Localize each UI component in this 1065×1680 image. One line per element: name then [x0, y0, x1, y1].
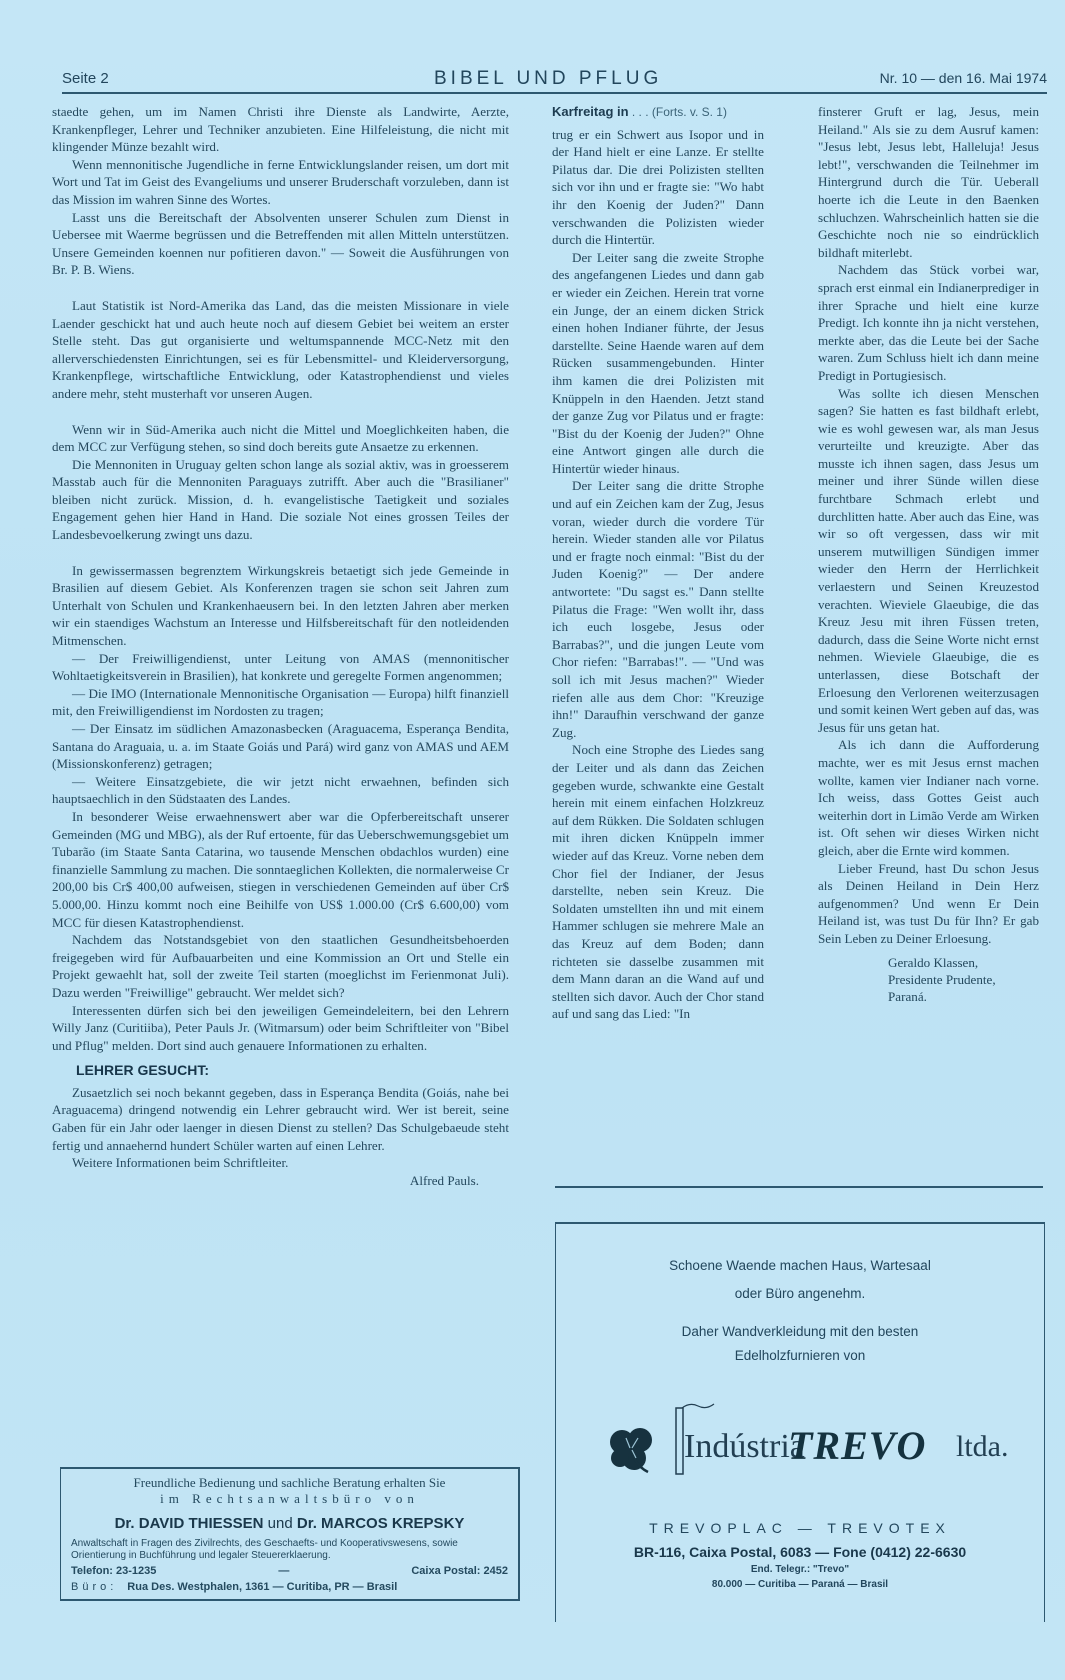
- lawyer-name: Dr. DAVID THIESSEN: [115, 1515, 264, 1532]
- kicker-title: Karfreitag in: [552, 104, 629, 119]
- paragraph: trug er ein Schwert aus Isopor und in de…: [552, 126, 764, 249]
- paragraph: Nachdem das Notstandsgebiet von den staa…: [52, 931, 509, 1001]
- paragraph: Lieber Freund, hast Du schon Jesus als D…: [818, 860, 1039, 948]
- brand-suffix: ltda.: [956, 1430, 1009, 1464]
- author-region: Paraná.: [818, 988, 1039, 1005]
- postbox: Caixa Postal: 2452: [411, 1564, 508, 1578]
- paragraph: — Die IMO (Internationale Mennonitische …: [52, 685, 509, 720]
- continuation-note: . . . (Forts. v. S. 1): [632, 105, 727, 119]
- slogan-line: Daher Wandverkleidung mit den besten: [556, 1320, 1044, 1344]
- paragraph: — Der Einsatz im südlichen Amazonasbecke…: [52, 720, 509, 773]
- paragraph: Wenn wir in Süd-Amerika auch nicht die M…: [52, 421, 509, 456]
- paragraph: — Weitere Einsatzgebiete, die wir jetzt …: [52, 773, 509, 808]
- company-address: BR-116, Caixa Postal, 6083 — Fone (0412)…: [556, 1544, 1044, 1560]
- paragraph: Lasst uns die Bereitschaft der Absolvent…: [52, 209, 509, 279]
- ad-description: Anwaltschaft in Fragen des Zivilrechts, …: [61, 1538, 518, 1562]
- company-city: 80.000 — Curitiba — Paraná — Brasil: [556, 1579, 1044, 1590]
- ad-line: Freundliche Bedienung und sachliche Bera…: [61, 1475, 518, 1491]
- company-logo: Indústria TREVO ltda.: [556, 1392, 1044, 1482]
- paragraph: Nachdem das Stück vorbei war, sprach ers…: [818, 261, 1039, 384]
- paragraph: In besonderer Weise erwaehnenswert aber …: [52, 808, 509, 931]
- paragraph: Interessenten dürfen sich bei den jeweil…: [52, 1002, 509, 1055]
- paragraph: In gewissermassen begrenztem Wirkungskre…: [52, 562, 509, 650]
- separator: —: [278, 1564, 289, 1578]
- lawyer-name: Dr. MARCOS KREPSKY: [297, 1515, 465, 1532]
- paragraph-gap: [52, 403, 509, 421]
- author-signature: Alfred Pauls.: [52, 1172, 509, 1190]
- phone: Telefon: 23-1235: [71, 1564, 156, 1578]
- connector: und: [268, 1515, 293, 1532]
- trevo-advertisement: Schoene Waende machen Haus, Wartesaal od…: [555, 1222, 1045, 1622]
- product-names: TREVOPLAC — TREVOTEX: [556, 1520, 1044, 1536]
- contact-row: Telefon: 23-1235 — Caixa Postal: 2452: [61, 1564, 518, 1578]
- paragraph: — Der Freiwilligendienst, unter Leitung …: [52, 650, 509, 685]
- slogan-line: oder Büro angenehm.: [556, 1280, 1044, 1308]
- paragraph: Die Mennoniten in Uruguay gelten schon l…: [52, 456, 509, 544]
- office-label: Büro:: [71, 1580, 117, 1594]
- column-1: staedte gehen, um im Namen Christi ihre …: [52, 103, 509, 1189]
- paragraph: Laut Statistik ist Nord-Amerika das Land…: [52, 297, 509, 403]
- author-signature: Geraldo Klassen,: [818, 954, 1039, 971]
- ad-slogan: Schoene Waende machen Haus, Wartesaal od…: [556, 1252, 1044, 1308]
- paragraph: staedte gehen, um im Namen Christi ihre …: [52, 103, 509, 156]
- slogan-line: Schoene Waende machen Haus, Wartesaal: [556, 1252, 1044, 1280]
- paragraph-gap: [52, 279, 509, 297]
- column-2: Karfreitag in . . . (Forts. v. S. 1) tru…: [552, 103, 764, 1023]
- brand-prefix: Indústria: [684, 1428, 805, 1466]
- masthead: Seite 2 BIBEL UND PFLUG Nr. 10 — den 16.…: [62, 66, 1047, 94]
- ad-line: im Rechtsanwaltsbüro von: [61, 1491, 518, 1507]
- paragraph: finsterer Gruft er lag, Jesus, mein Heil…: [818, 103, 1039, 261]
- issue-date: Nr. 10 — den 16. Mai 1974: [880, 70, 1047, 86]
- address-row: Büro: Rua Des. Westphalen, 1361 — Curiti…: [61, 1580, 518, 1594]
- paragraph: Zusaetzlich sei noch bekannt gegeben, da…: [52, 1084, 509, 1154]
- article-body: finsterer Gruft er lag, Jesus, mein Heil…: [818, 103, 1039, 948]
- slogan-line: Edelholzfurnieren von: [556, 1344, 1044, 1368]
- page-number: Seite 2: [62, 70, 109, 87]
- paragraph: Der Leiter sang die zweite Strophe des a…: [552, 249, 764, 478]
- ad-slogan: Daher Wandverkleidung mit den besten Ede…: [556, 1320, 1044, 1368]
- section-heading: LEHRER GESUCHT:: [76, 1062, 509, 1080]
- paragraph-gap: [52, 544, 509, 562]
- article-body: trug er ein Schwert aus Isopor und in de…: [552, 126, 764, 1023]
- paragraph: Was sollte ich diesen Menschen sagen? Si…: [818, 385, 1039, 737]
- paragraph: Wenn mennonitische Jugendliche in ferne …: [52, 156, 509, 209]
- brand-name: TREVO: [788, 1422, 926, 1469]
- office-address: Rua Des. Westphalen, 1361 — Curitiba, PR…: [127, 1580, 397, 1594]
- ad-names: Dr. DAVID THIESSEN und Dr. MARCOS KREPSK…: [61, 1515, 518, 1532]
- paragraph: Der Leiter sang die dritte Strophe und a…: [552, 477, 764, 741]
- newspaper-title: BIBEL UND PFLUG: [434, 68, 662, 90]
- author-location: Presidente Prudente,: [818, 971, 1039, 988]
- clover-icon: [606, 1426, 658, 1476]
- column-3: finsterer Gruft er lag, Jesus, mein Heil…: [818, 103, 1039, 1005]
- divider: [555, 1186, 1043, 1188]
- article-kicker: Karfreitag in . . . (Forts. v. S. 1): [552, 103, 764, 122]
- paragraph: Noch eine Strophe des Liedes sang der Le…: [552, 741, 764, 1023]
- article-body: staedte gehen, um im Namen Christi ihre …: [52, 103, 509, 1054]
- telegram-address: End. Telegr.: "Trevo": [556, 1564, 1044, 1575]
- paragraph: Weitere Informationen beim Schriftleiter…: [52, 1154, 509, 1172]
- paragraph: Als ich dann die Aufforderung machte, we…: [818, 736, 1039, 859]
- newspaper-page: Seite 2 BIBEL UND PFLUG Nr. 10 — den 16.…: [0, 0, 1065, 1680]
- lawyers-advertisement: Freundliche Bedienung und sachliche Bera…: [60, 1467, 520, 1601]
